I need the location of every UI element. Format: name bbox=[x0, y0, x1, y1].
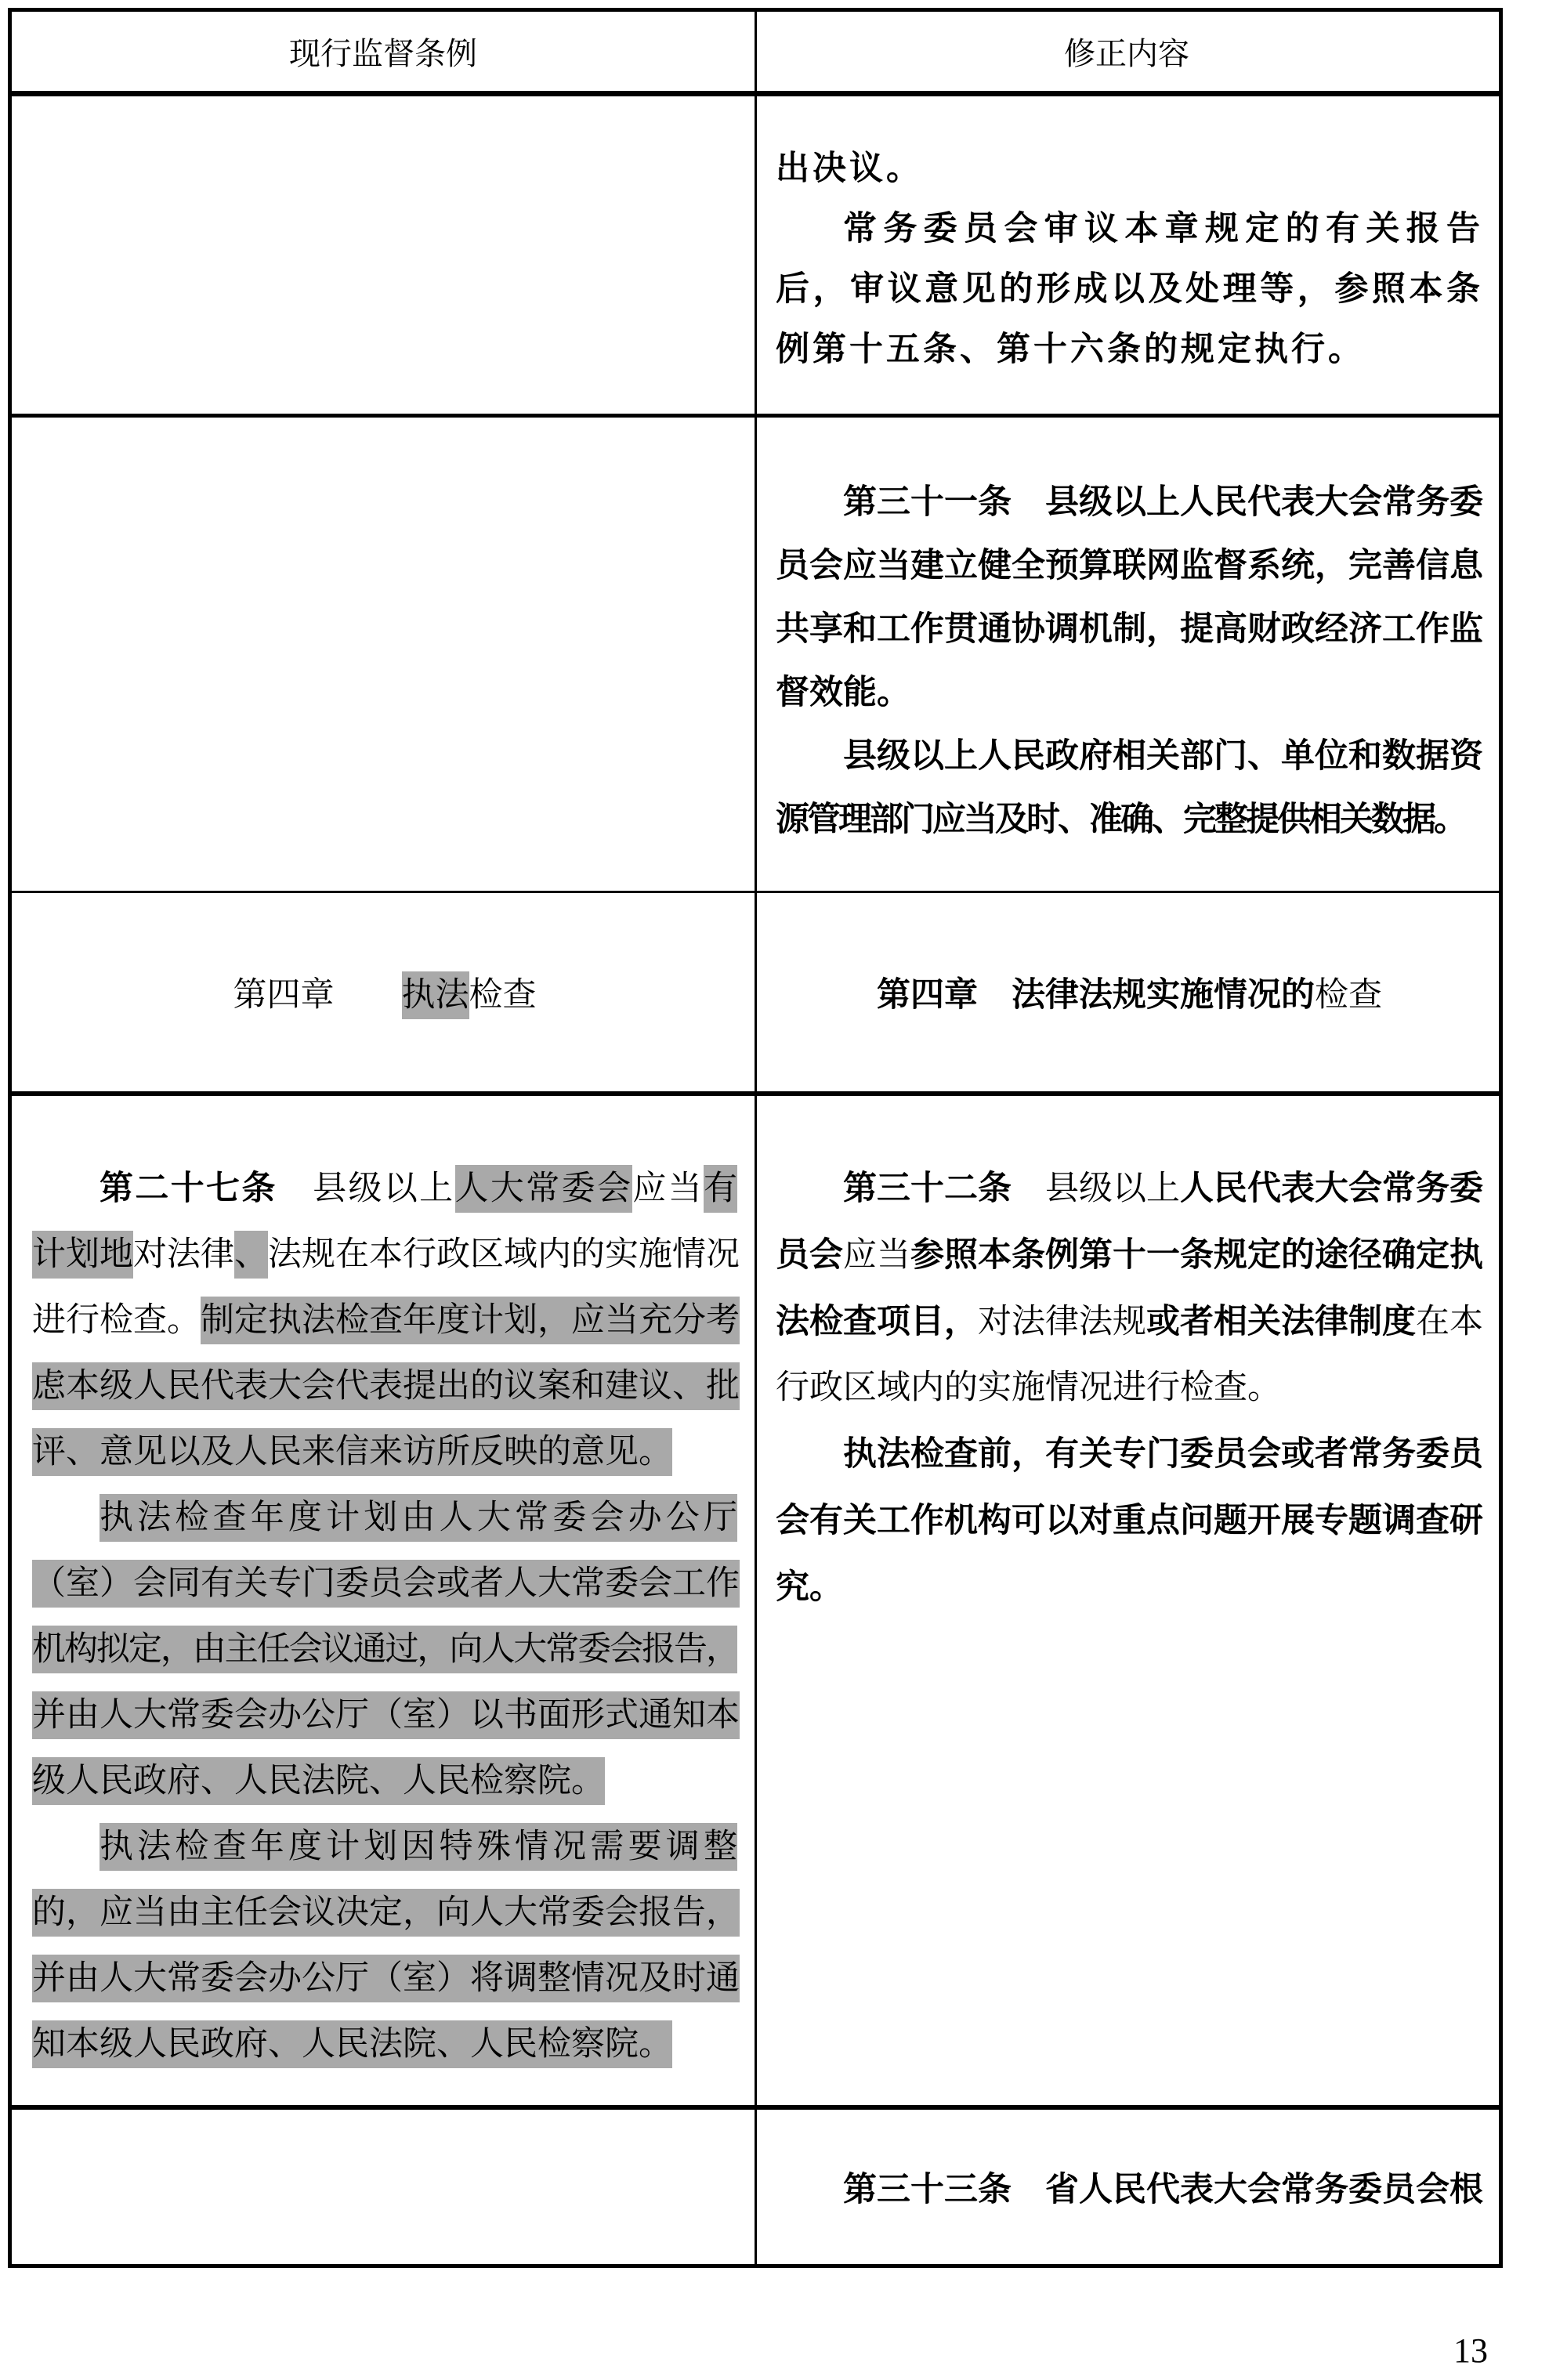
bold-text: 后，审议意见的形成以及处理等，参照本条 bbox=[776, 270, 1483, 308]
comparison-table: 现行监督条例 修正内容 出决议。常务委员会审议本章规定的有关报告后，审议意见的形… bbox=[8, 8, 1503, 2268]
highlighted-text: 、 bbox=[234, 1231, 268, 1279]
cell-current-r2-empty bbox=[12, 418, 757, 891]
highlighted-text: 制定执法检查年度计划，应当充分考 bbox=[201, 1297, 740, 1344]
text-run: 应当 bbox=[632, 1170, 704, 1207]
highlighted-text: （室）会同有关专门委员会或者人大常委会工作 bbox=[32, 1560, 740, 1608]
text-line: 督效能。 bbox=[776, 661, 1483, 725]
text-line: 员会应当参照本条例第十一条规定的途径确定执 bbox=[776, 1222, 1483, 1289]
text-line: 执法检查年度计划因特殊情况需要调整 bbox=[32, 1814, 737, 1880]
bold-text: 员会应当建立健全预算联网监督系统，完善信息 bbox=[776, 547, 1483, 584]
column-header-current-label: 现行监督条例 bbox=[289, 29, 477, 74]
bold-text: 员会 bbox=[776, 1236, 843, 1274]
text-line: 后，审议意见的形成以及处理等，参照本条 bbox=[776, 259, 1483, 320]
bold-text: 法律法规实施情况的 bbox=[1012, 976, 1315, 1014]
text-line: 员会应当建立健全预算联网监督系统，完善信息 bbox=[776, 534, 1483, 598]
cell-current-r4: 第二十七条 县级以上人大常委会应当有计划地对法律、法规在本行政区域内的实施情况进… bbox=[12, 1096, 757, 2105]
bold-text: 县级以上人民政府相关部门、单位和数据资 bbox=[843, 737, 1483, 775]
highlighted-text: 级人民政府、人民法院、人民检察院。 bbox=[32, 1757, 605, 1805]
text-line: 第三十一条 县级以上人民代表大会常务委 bbox=[776, 471, 1483, 534]
text-line: 第二十七条 县级以上人大常委会应当有 bbox=[32, 1156, 737, 1222]
table-row-5: 第三十三条 省人民代表大会常务委员会根 bbox=[12, 2110, 1499, 2264]
column-header-amendment: 修正内容 bbox=[757, 12, 1497, 91]
text-run bbox=[1012, 1170, 1045, 1207]
text-run: 应当 bbox=[843, 1237, 910, 1274]
bold-text: 人民代表大会常务委 bbox=[1180, 1170, 1483, 1207]
bold-text: 第四章 bbox=[877, 976, 978, 1014]
highlighted-text: 虑本级人民代表大会代表提出的议案和建议、批 bbox=[32, 1362, 740, 1410]
text-line: 进行检查。制定执法检查年度计划，应当充分考 bbox=[32, 1288, 737, 1354]
bold-text: 省人民代表大会常务委员会根 bbox=[1045, 2171, 1483, 2208]
bold-text: 参照本条例第十一条规定的途径确定执 bbox=[910, 1236, 1483, 1274]
text-run: 县级以上 bbox=[313, 1170, 454, 1207]
highlighted-text: 人大常委会 bbox=[455, 1165, 633, 1213]
highlighted-text: 并由人大常委会办公厅（室）以书面形式通知本 bbox=[32, 1691, 740, 1739]
highlighted-text: 评、意见以及人民来信来访所反映的意见。 bbox=[32, 1428, 672, 1476]
bold-text: 或者相关法律制度 bbox=[1146, 1303, 1416, 1340]
cell-current-r5-empty bbox=[12, 2110, 757, 2264]
text-run bbox=[1012, 2172, 1045, 2208]
text-line: 执法检查前，有关专门委员会或者常务委员 bbox=[776, 1421, 1483, 1488]
bold-text: 督效能。 bbox=[776, 674, 910, 711]
cell-amendment-r5: 第三十三条 省人民代表大会常务委员会根 bbox=[757, 2110, 1497, 2264]
text-run: 在本 bbox=[1416, 1304, 1483, 1340]
text-line: 第四章 法律法规实施情况的检查 bbox=[776, 968, 1483, 1016]
cell-amendment-chapter-heading: 第四章 法律法规实施情况的检查 bbox=[757, 893, 1497, 1091]
text-line: 常务委员会审议本章规定的有关报告 bbox=[776, 199, 1483, 259]
bold-text: 执法检查前，有关专门委员会或者常务委员 bbox=[843, 1435, 1483, 1473]
text-run: 第四章 bbox=[233, 976, 335, 1014]
text-line: 会有关工作机构可以对重点问题开展专题调查研 bbox=[776, 1488, 1483, 1554]
bold-text: 源管理部门应当及时、准确、完整提供相关数据。 bbox=[776, 801, 1465, 838]
text-line: 执法检查年度计划由人大常委会办公厅 bbox=[32, 1485, 737, 1551]
bold-text: 究。 bbox=[776, 1568, 843, 1606]
column-header-current: 现行监督条例 bbox=[12, 12, 757, 91]
text-line: 共享和工作贯通协调机制，提高财政经济工作监 bbox=[776, 598, 1483, 661]
text-line: 出决议。 bbox=[776, 139, 1483, 199]
text-line: 第四章 执法检查 bbox=[32, 968, 737, 1016]
highlighted-text: 机构拟定，由主任会议通过，向人大常委会报告， bbox=[32, 1626, 737, 1673]
bold-text: 常务委员会审议本章规定的有关报告 bbox=[843, 210, 1483, 248]
column-header-amendment-label: 修正内容 bbox=[1064, 29, 1189, 74]
text-run: 县级以上 bbox=[1045, 1170, 1180, 1207]
text-line: 计划地对法律、法规在本行政区域内的实施情况 bbox=[32, 1222, 737, 1288]
table-row-2: 第三十一条 县级以上人民代表大会常务委员会应当建立健全预算联网监督系统，完善信息… bbox=[12, 418, 1499, 893]
text-run: 法规在本行政区域内的实施情况 bbox=[268, 1236, 740, 1273]
cell-current-r1-empty bbox=[12, 96, 757, 414]
text-line: 例第十五条、第十六条的规定执行。 bbox=[776, 320, 1483, 380]
text-run: 对法律 bbox=[133, 1236, 234, 1273]
text-line: 源管理部门应当及时、准确、完整提供相关数据。 bbox=[776, 788, 1483, 852]
highlighted-text: 有 bbox=[704, 1165, 737, 1213]
text-line: 并由人大常委会办公厅（室）将调整情况及时通 bbox=[32, 1946, 737, 2012]
text-run: 进行检查。 bbox=[32, 1302, 201, 1339]
bold-text bbox=[978, 976, 1012, 1014]
text-line: 知本级人民政府、人民法院、人民检察院。 bbox=[32, 2012, 737, 2078]
text-run: 检查 bbox=[469, 976, 537, 1014]
bold-text: 县级以上人民代表大会常务委 bbox=[1045, 483, 1483, 521]
text-run bbox=[335, 976, 402, 1014]
highlighted-text: 的，应当由主任会议决定，向人大常委会报告， bbox=[32, 1889, 740, 1937]
bold-text: 第三十二条 bbox=[843, 1170, 1012, 1207]
bold-text: 出决议。 bbox=[776, 150, 923, 187]
text-line: 的，应当由主任会议决定，向人大常委会报告， bbox=[32, 1880, 737, 1946]
highlighted-text: 执法检查年度计划由人大常委会办公厅 bbox=[100, 1494, 737, 1542]
bold-text: 第三十一条 bbox=[843, 483, 1012, 521]
bold-text: 第二十七条 bbox=[100, 1170, 277, 1207]
cell-amendment-r2: 第三十一条 县级以上人民代表大会常务委员会应当建立健全预算联网监督系统，完善信息… bbox=[757, 418, 1497, 891]
text-line: 级人民政府、人民法院、人民检察院。 bbox=[32, 1749, 737, 1814]
page-number: 13 bbox=[1453, 2331, 1488, 2371]
text-run: 检查 bbox=[1315, 976, 1382, 1014]
text-line: 并由人大常委会办公厅（室）以书面形式通知本 bbox=[32, 1683, 737, 1749]
page: 现行监督条例 修正内容 出决议。常务委员会审议本章规定的有关报告后，审议意见的形… bbox=[0, 0, 1549, 2380]
text-line: 法检查项目，对法律法规或者相关法律制度在本 bbox=[776, 1289, 1483, 1355]
text-run bbox=[1012, 484, 1045, 521]
bold-text: 共享和工作贯通协调机制，提高财政经济工作监 bbox=[776, 610, 1483, 648]
text-run: 行政区域内的实施情况进行检查。 bbox=[776, 1369, 1281, 1406]
text-line: 第三十二条 县级以上人民代表大会常务委 bbox=[776, 1156, 1483, 1222]
text-run: 对法律法规 bbox=[978, 1304, 1146, 1340]
table-row-3-chapter: 第四章 执法检查 第四章 法律法规实施情况的检查 bbox=[12, 893, 1499, 1096]
text-line: 机构拟定，由主任会议通过，向人大常委会报告， bbox=[32, 1617, 737, 1683]
text-line: 究。 bbox=[776, 1554, 1483, 1621]
text-line: （室）会同有关专门委员会或者人大常委会工作 bbox=[32, 1551, 737, 1617]
table-row-4: 第二十七条 县级以上人大常委会应当有计划地对法律、法规在本行政区域内的实施情况进… bbox=[12, 1096, 1499, 2110]
text-line: 第三十三条 省人民代表大会常务委员会根 bbox=[776, 2163, 1483, 2211]
cell-current-chapter-heading: 第四章 执法检查 bbox=[12, 893, 757, 1091]
bold-text: 法检查项目， bbox=[776, 1303, 978, 1340]
cell-amendment-r4: 第三十二条 县级以上人民代表大会常务委员会应当参照本条例第十一条规定的途径确定执… bbox=[757, 1096, 1497, 2105]
text-line: 县级以上人民政府相关部门、单位和数据资 bbox=[776, 725, 1483, 788]
highlighted-text: 知本级人民政府、人民法院、人民检察院。 bbox=[32, 2020, 672, 2068]
highlighted-text: 执法检查年度计划因特殊情况需要调整 bbox=[100, 1823, 737, 1871]
bold-text: 会有关工作机构可以对重点问题开展专题调查研 bbox=[776, 1502, 1483, 1539]
table-header-row: 现行监督条例 修正内容 bbox=[12, 12, 1499, 96]
table-row-1: 出决议。常务委员会审议本章规定的有关报告后，审议意见的形成以及处理等，参照本条例… bbox=[12, 96, 1499, 418]
highlighted-text: 并由人大常委会办公厅（室）将调整情况及时通 bbox=[32, 1955, 740, 2002]
highlighted-text: 计划地 bbox=[32, 1231, 133, 1279]
text-line: 虑本级人民代表大会代表提出的议案和建议、批 bbox=[32, 1354, 737, 1420]
highlighted-text: 执法 bbox=[402, 971, 469, 1019]
text-line: 评、意见以及人民来信来访所反映的意见。 bbox=[32, 1420, 737, 1485]
text-run bbox=[277, 1170, 313, 1207]
bold-text: 第三十三条 bbox=[843, 2171, 1012, 2208]
cell-amendment-r1: 出决议。常务委员会审议本章规定的有关报告后，审议意见的形成以及处理等，参照本条例… bbox=[757, 96, 1497, 414]
text-line: 行政区域内的实施情况进行检查。 bbox=[776, 1355, 1483, 1421]
bold-text: 例第十五条、第十六条的规定执行。 bbox=[776, 331, 1365, 368]
